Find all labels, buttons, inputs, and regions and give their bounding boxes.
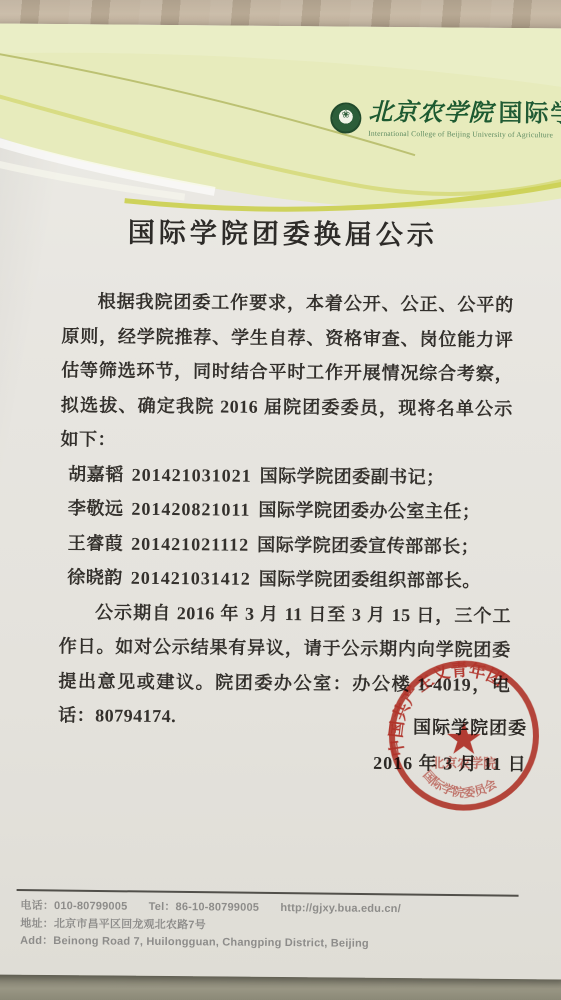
org-name-cn: 北京农学院国际学院 (368, 99, 561, 129)
document-sheet: ❀ 北京农学院国际学院 International College of Bei… (0, 24, 561, 980)
roster-position: 国际学院团委办公室主任； (258, 500, 480, 522)
footer-phone-cn: 电话：010-80799005 (20, 900, 127, 913)
footer-address-en: Add：Beinong Road 7, Huilongguan, Changpi… (20, 933, 530, 955)
roster-name: 徐晓韵 (67, 567, 123, 587)
roster-position: 国际学院团委组织部部长。 (259, 569, 481, 591)
roster-row: 王睿葭201421021112国际学院团委宣传部部长； (59, 526, 511, 564)
footer-tel-en: Tel：86-10-80799005 (149, 901, 260, 914)
roster-row: 胡嘉韬201421031021国际学院团委副书记； (60, 457, 512, 495)
roster-student-id: 201421021112 (131, 533, 249, 554)
svg-text:国际学院委员会: 国际学院委员会 (420, 768, 499, 801)
paragraph-intro: 根据我院团委工作要求，本着公开、公正、公平的原则，经学院推荐、学生自荐、资格审查… (60, 284, 513, 460)
roster-position: 国际学院团委宣传部部长； (257, 534, 479, 556)
roster-row: 徐晓韵201421031412国际学院团委组织部部长。 (59, 560, 511, 598)
emblem-glyph: ❀ (332, 110, 359, 120)
roster-student-id: 201421031021 (132, 464, 252, 485)
university-emblem-icon: ❀ (330, 102, 361, 133)
roster-name: 胡嘉韬 (68, 464, 124, 484)
footer-contact-block: 电话：010-80799005 Tel：86-10-80799005 http:… (20, 898, 530, 955)
roster-name: 王睿葭 (68, 533, 124, 553)
seal-inner-line2: 国际学院委员会 (420, 768, 499, 801)
roster-student-id: 201421031412 (131, 568, 251, 589)
org-college-cn: 国际学院 (498, 101, 561, 128)
footer-divider (17, 889, 519, 897)
roster-position: 国际学院团委副书记； (260, 465, 445, 487)
roster-name: 李敬远 (68, 498, 124, 518)
document-title: 国际学院团委换届公示 (0, 209, 561, 253)
seal-inner-line1: 北京农学院 (431, 755, 496, 771)
photo-of-document: ❀ 北京农学院国际学院 International College of Bei… (0, 0, 561, 1000)
org-name-block: 北京农学院国际学院 International College of Beiji… (368, 99, 561, 140)
footer-url: http://gjxy.bua.edu.cn/ (280, 902, 401, 915)
org-calligraphy: 北京农学院 (368, 100, 493, 127)
official-seal-stamp: 中国共产主义青年团 ★ 北京农学院 国际学院委员会 (381, 655, 546, 820)
roster-student-id: 201420821011 (131, 499, 250, 520)
roster-row: 李敬远201420821011国际学院团委办公室主任； (60, 491, 512, 529)
letterhead-brand: ❀ 北京农学院国际学院 International College of Bei… (330, 98, 561, 139)
